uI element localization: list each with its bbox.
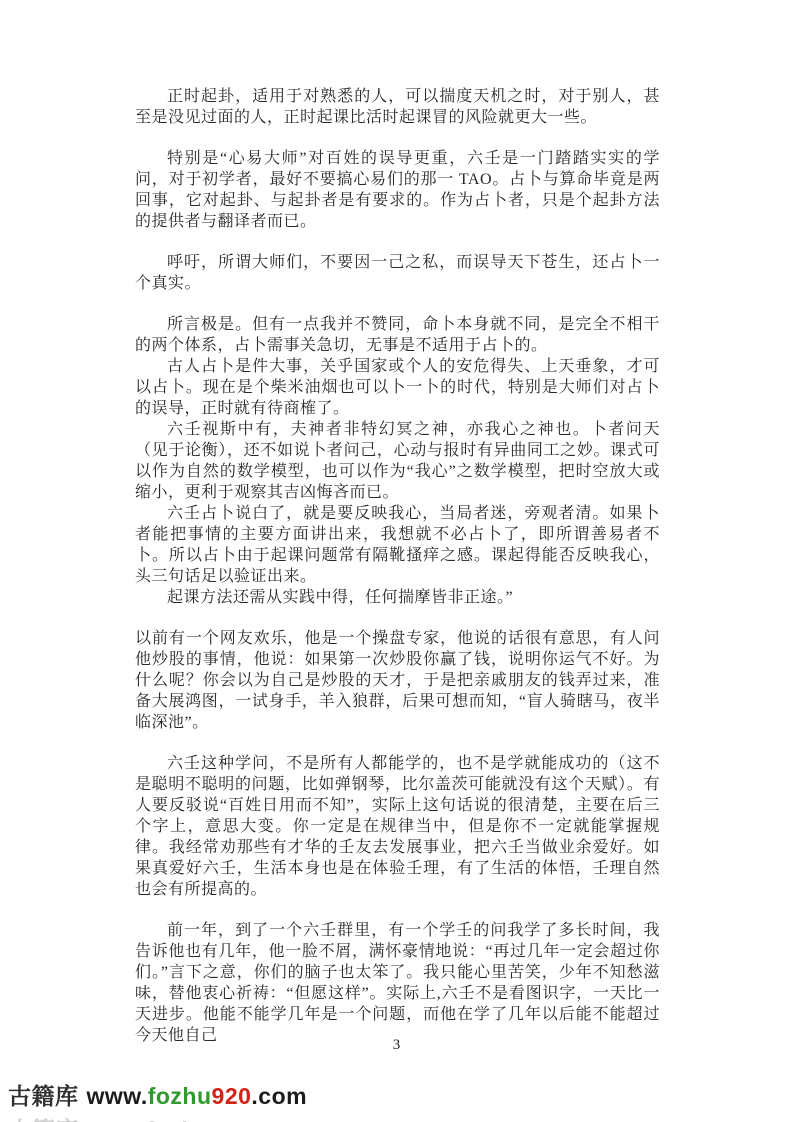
- watermark-site-name: 古籍库: [8, 1083, 79, 1109]
- watermark-echo-cutoff: 古籍库 www.fozhu920.com: [8, 1112, 306, 1122]
- paragraph: 古人占卜是件大事，关乎国家或个人的安危得失、上天垂象，才可以占卜。现在是个柴米油…: [135, 356, 660, 419]
- paragraph: 特别是“心易大师”对百姓的误导更重，六壬是一门踏踏实实的学问，对于初学者，最好不…: [135, 148, 660, 232]
- watermark-url-www: www.: [87, 1083, 148, 1109]
- paragraph: 起课方法还需从实践中得，任何揣摩皆非正途。”: [135, 587, 660, 608]
- paragraph: 呼吁，所谓大师们，不要因一己之私，而误导天下苍生，还占卜一个真实。: [135, 252, 660, 294]
- text-body: 正时起卦，适用于对熟悉的人，可以揣度天机之时，对于别人，甚至是没见过面的人，正时…: [135, 86, 660, 1046]
- page-number: 3: [0, 1037, 793, 1054]
- paragraph: 以前有一个网友欢乐，他是一个操盘专家，他说的话很有意思，有人问他炒股的事情，他说…: [135, 628, 660, 733]
- watermark: 古籍库www.fozhu920.com: [8, 1078, 307, 1111]
- watermark-url-number: 920: [212, 1083, 252, 1109]
- document-page: 正时起卦，适用于对熟悉的人，可以揣度天机之时，对于别人，甚至是没见过面的人，正时…: [0, 0, 793, 1122]
- paragraph: 六壬视斯中有，夫神者非特幻冥之神，亦我心之神也。卜者问天（见于论衡），还不如说卜…: [135, 419, 660, 503]
- paragraph: 正时起卦，适用于对熟悉的人，可以揣度天机之时，对于别人，甚至是没见过面的人，正时…: [135, 86, 660, 128]
- paragraph: 所言极是。但有一点我并不赞同，命卜本身就不同，是完全不相干的两个体系，占卜需事关…: [135, 314, 660, 356]
- paragraph: 六壬这种学问，不是所有人都能学的，也不是学就能成功的（这不是聪明不聪明的问题，比…: [135, 753, 660, 900]
- paragraph: 前一年，到了一个六壬群里，有一个学壬的问我学了多长时间，我告诉他也有几年，他一脸…: [135, 920, 660, 1046]
- watermark-url-tld: .com: [251, 1083, 307, 1109]
- watermark-url-domain: fozhu: [148, 1083, 212, 1109]
- paragraph: 六壬占卜说白了，就是要反映我心，当局者迷，旁观者清。如果卜者能把事情的主要方面讲…: [135, 503, 660, 587]
